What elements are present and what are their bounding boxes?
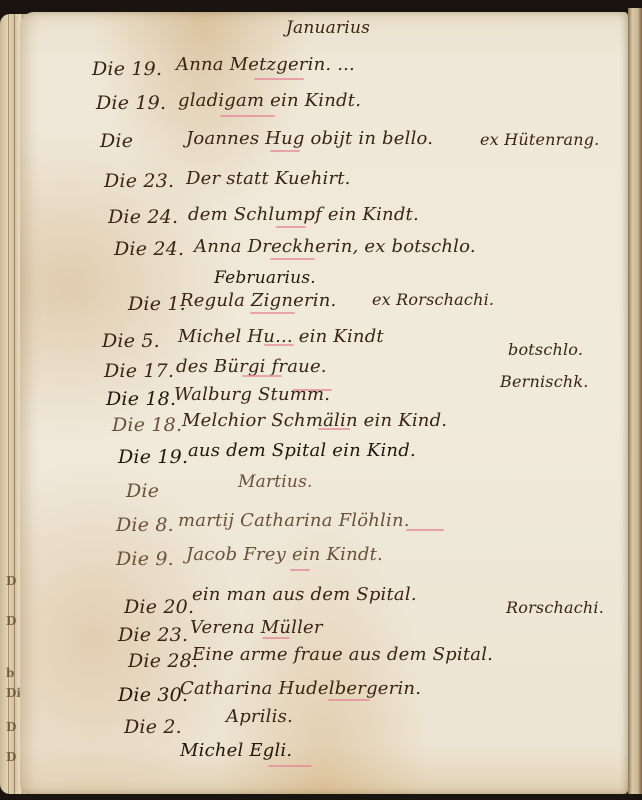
entry-text: aus dem Spital ein Kind. xyxy=(188,440,416,461)
entry-text: Walburg Stumm. xyxy=(174,384,330,405)
entry-day: Die 28. xyxy=(128,650,198,672)
entry-text: gladigam ein Kindt. xyxy=(178,90,361,111)
margin-note: ex Rorschachi. xyxy=(372,290,494,309)
entry-text: Joannes Hug obijt in bello. xyxy=(186,128,433,149)
entry-day: Die 30. xyxy=(118,684,188,706)
red-underline xyxy=(268,765,312,767)
entry-day: Die 18. xyxy=(112,414,182,436)
entry-day: Die 20. xyxy=(124,596,194,618)
month-heading-martius: Martius. xyxy=(238,472,313,492)
entry-text: Regula Zignerin. xyxy=(180,290,336,311)
entry-day: Die xyxy=(100,130,133,152)
entry-day: Die 23. xyxy=(104,170,174,192)
register-entries: Januarius Die 19. Anna Metzgerin. ... Di… xyxy=(0,0,642,800)
entry-day: Die 1. xyxy=(128,293,186,315)
entry-text: Der statt Kuehirt. xyxy=(186,168,351,189)
entry-text: martij Catharina Flöhlin. xyxy=(178,510,410,531)
entry-day: Die 19. xyxy=(118,446,188,468)
red-underline xyxy=(328,699,370,701)
entry-text: Anna Dreckherin, ex botschlo. xyxy=(194,236,476,257)
red-underline xyxy=(262,637,290,639)
red-underline xyxy=(264,344,294,346)
entry-text: des Bürgi fraue. xyxy=(176,356,327,377)
month-heading-februarius: Februarius. xyxy=(214,268,316,288)
red-underline xyxy=(270,150,300,152)
margin-note: ex Hütenrang. xyxy=(480,130,599,149)
entry-day: Die 23. xyxy=(118,624,188,646)
red-underline xyxy=(270,258,315,260)
entry-day: Die 5. xyxy=(102,330,160,352)
red-underline xyxy=(292,389,332,391)
entry-day: Die 9. xyxy=(116,548,174,570)
entry-text: Anna Metzgerin. ... xyxy=(176,54,355,75)
month-heading-januarius: Januarius xyxy=(286,18,370,38)
red-underline xyxy=(220,115,275,117)
entry-day: Die 17. xyxy=(104,360,174,382)
entry-text: Catharina Hudelbergerin. xyxy=(180,678,421,699)
entry-day: Die 19. xyxy=(92,58,162,80)
entry-text: Aprilis. xyxy=(226,706,293,727)
entry-text: Jacob Frey ein Kindt. xyxy=(186,544,383,565)
red-underline xyxy=(290,569,310,571)
entry-day: Die 24. xyxy=(114,238,184,260)
entry-day: Die 8. xyxy=(116,514,174,536)
red-underline xyxy=(250,312,295,314)
entry-day: Die xyxy=(126,480,159,502)
entry-day: Die 2. xyxy=(124,716,182,738)
red-underline xyxy=(406,529,444,531)
red-underline xyxy=(318,428,350,430)
entry-text: ein man aus dem Spital. xyxy=(192,584,417,605)
entry-day: Die 18. xyxy=(106,388,176,410)
entry-text: dem Schlumpf ein Kindt. xyxy=(188,204,419,225)
entry-text: Eine arme fraue aus dem Spital. xyxy=(192,644,493,665)
margin-note: Rorschachi. xyxy=(506,598,604,617)
red-underline xyxy=(276,226,306,228)
entry-day: Die 19. xyxy=(96,92,166,114)
margin-note: Bernischk. xyxy=(500,372,589,391)
red-underline xyxy=(254,78,304,80)
manuscript-scan: D D b Di D D Januarius Die 19. Anna Metz… xyxy=(0,0,642,800)
entry-text: Melchior Schmälin ein Kind. xyxy=(182,410,447,431)
margin-note: botschlo. xyxy=(508,340,583,359)
entry-text: Michel Egli. xyxy=(180,740,292,761)
entry-day: Die 24. xyxy=(108,206,178,228)
red-underline xyxy=(242,375,282,377)
entry-text: Verena Müller xyxy=(190,617,323,638)
